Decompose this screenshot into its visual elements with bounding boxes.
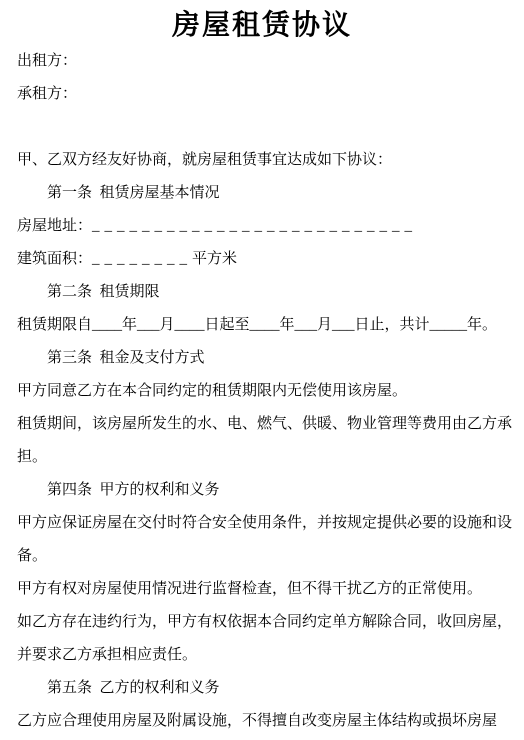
- address-label: 房屋地址：: [17, 218, 92, 234]
- article4-paragraph-1: 甲方应保证房屋在交付时符合安全使用条件，并按规定提供必要的设施和设备。: [17, 507, 513, 573]
- article3-paragraph-1: 甲方同意乙方在本合同约定的租赁期限内无偿使用该房屋。: [17, 375, 513, 408]
- rental-agreement-document: 房屋租赁协议 出租方： 承租方： 甲、乙双方经友好协商，就房屋租赁事宜达成如下协…: [0, 0, 524, 740]
- address-blank-field: __________________________: [92, 218, 417, 234]
- address-line: 房屋地址：__________________________: [17, 210, 513, 243]
- document-title: 房屋租赁协议: [0, 0, 524, 45]
- area-blank-field: ________: [92, 251, 192, 267]
- article3-heading: 第三条 租金及支付方式: [17, 342, 513, 375]
- article4-paragraph-3: 如乙方存在违约行为，甲方有权依据本合同约定单方解除合同，收回房屋，并要求乙方承担…: [17, 606, 513, 672]
- article2-heading: 第二条 租赁期限: [17, 276, 513, 309]
- article1-heading: 第一条 租赁房屋基本情况: [17, 177, 513, 210]
- document-body: 出租方： 承租方： 甲、乙双方经友好协商，就房屋租赁事宜达成如下协议： 第一条 …: [0, 45, 524, 738]
- article4-heading: 第四条 甲方的权利和义务: [17, 474, 513, 507]
- area-line: 建筑面积：________平方米: [17, 243, 513, 276]
- lessee-line: 承租方：: [17, 78, 513, 111]
- article5-paragraph-1: 乙方应合理使用房屋及附属设施，不得擅自改变房屋主体结构或损坏房屋: [17, 705, 513, 738]
- article3-paragraph-2: 租赁期间，该房屋所发生的水、电、燃气、供暖、物业管理等费用由乙方承担。: [17, 408, 513, 474]
- area-unit: 平方米: [192, 251, 237, 267]
- term-line: 租赁期限自____年___月____日起至____年___月___日止，共计__…: [17, 309, 513, 342]
- article4-paragraph-2: 甲方有权对房屋使用情况进行监督检查，但不得干扰乙方的正常使用。: [17, 573, 513, 606]
- article5-heading: 第五条 乙方的权利和义务: [17, 672, 513, 705]
- area-label: 建筑面积：: [17, 251, 92, 267]
- lessor-line: 出租方：: [17, 45, 513, 78]
- blank-line: [17, 111, 513, 144]
- intro-line: 甲、乙双方经友好协商，就房屋租赁事宜达成如下协议：: [17, 144, 513, 177]
